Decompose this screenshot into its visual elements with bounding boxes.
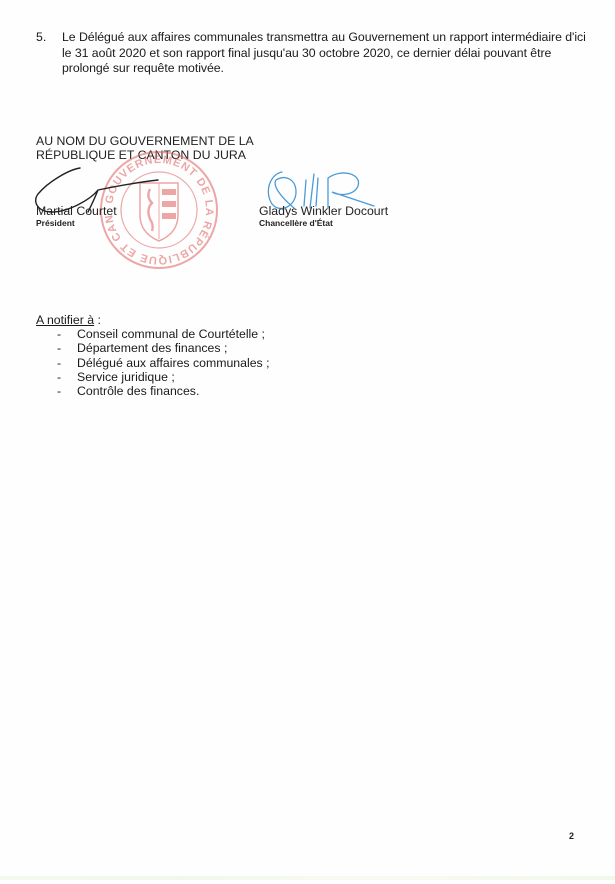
recipient-item: -Contrôle des finances.: [36, 384, 270, 398]
dash-bullet: -: [57, 341, 61, 355]
dash-bullet: -: [57, 356, 61, 370]
recipient-name: Contrôle des finances.: [77, 384, 199, 398]
scan-edge-artifact: [0, 876, 615, 880]
recipient-item: -Conseil communal de Courtételle ;: [36, 327, 270, 341]
dash-bullet: -: [57, 327, 61, 341]
signer-name: Martial Courtet: [36, 204, 117, 218]
document-page: 5. Le Délégué aux affaires communales tr…: [0, 0, 615, 884]
recipient-name: Département des finances ;: [77, 341, 227, 355]
recipient-item: -Délégué aux affaires communales ;: [36, 356, 270, 370]
dash-bullet: -: [57, 370, 61, 384]
government-heading-line-1: AU NOM DU GOUVERNEMENT DE LA: [36, 134, 254, 148]
recipient-name: Conseil communal de Courtételle ;: [77, 327, 265, 341]
recipient-item: -Département des finances ;: [36, 341, 270, 355]
notification-list: A notifier à : -Conseil communal de Cour…: [36, 313, 270, 398]
recipient-list: -Conseil communal de Courtételle ;-Dépar…: [36, 327, 270, 398]
numbered-paragraph: 5. Le Délégué aux affaires communales tr…: [36, 30, 596, 77]
paragraph-text: Le Délégué aux affaires communales trans…: [62, 30, 596, 77]
signer-role: Chancellère d'État: [259, 218, 388, 229]
signer-role: Président: [36, 218, 117, 229]
recipient-item: -Service juridique ;: [36, 370, 270, 384]
dash-bullet: -: [57, 384, 61, 398]
signer-chancellor: Gladys Winkler Docourt Chancellère d'Éta…: [259, 205, 388, 229]
recipient-name: Délégué aux affaires communales ;: [77, 356, 270, 370]
notification-label: A notifier à :: [36, 313, 101, 327]
page-number: 2: [569, 831, 574, 841]
signer-name: Gladys Winkler Docourt: [259, 204, 388, 218]
signer-president: Martial Courtet Président: [36, 205, 117, 229]
recipient-name: Service juridique ;: [77, 370, 175, 384]
paragraph-number: 5.: [36, 30, 46, 46]
